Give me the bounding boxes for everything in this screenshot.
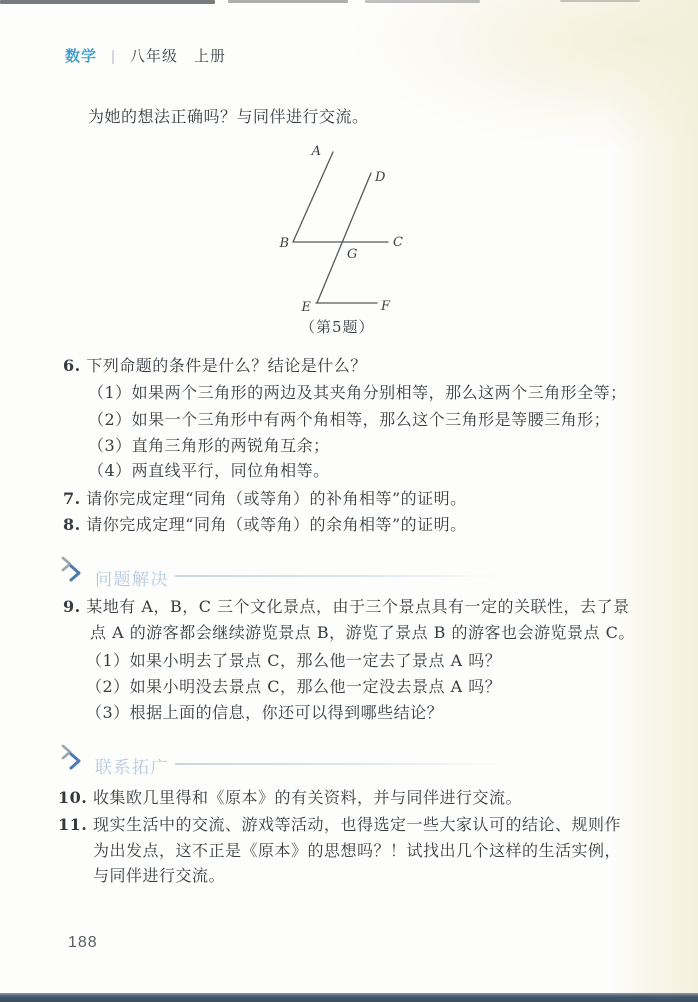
- question-number: 7.: [63, 489, 81, 508]
- vertex-label-E: E: [301, 300, 312, 315]
- question-11-line: 与同伴进行交流。: [93, 865, 225, 886]
- running-head: 数学|八年级上册: [65, 45, 226, 66]
- question-number: 11.: [58, 815, 87, 834]
- double-chevron-icon: [60, 744, 90, 772]
- section-title-connections: 联系拓广: [95, 753, 169, 778]
- scan-artifact-top: [365, 0, 480, 3]
- vertex-label-F: F: [380, 299, 391, 314]
- textbook-page: 数学|八年级上册 为她的想法正确吗？与同伴进行交流。 A D B C G E F…: [0, 0, 698, 1002]
- book-grade: 八年级: [130, 48, 178, 65]
- scan-artifact-top: [560, 0, 640, 2]
- question-number: 6.: [63, 356, 81, 375]
- intro-line: 为她的想法正确吗？与同伴进行交流。: [88, 106, 369, 127]
- question-text: 请你完成定理“同角（或等角）的补角相等”的证明。: [86, 489, 466, 508]
- vertex-label-C: C: [393, 235, 403, 250]
- book-edge-bottom: [0, 993, 698, 1002]
- question-9-line: 点 A 的游客都会继续游览景点 B，游览了景点 B 的游客也会游览景点 C。: [90, 622, 635, 643]
- question-9-item: （3）根据上面的信息，你还可以得到哪些结论？: [86, 702, 443, 723]
- section-divider: [175, 763, 505, 765]
- question-9-item: （1）如果小明去了景点 C，那么他一定去了景点 A 吗？: [86, 650, 501, 671]
- question-9-item: （2）如果小明没去景点 C，那么他一定没去景点 A 吗？: [86, 676, 501, 697]
- section-divider: [175, 575, 505, 577]
- book-subject: 数学: [65, 48, 97, 65]
- question-text: 请你完成定理“同角（或等角）的余角相等”的证明。: [86, 515, 466, 534]
- head-separator: |: [111, 48, 116, 65]
- question-9: 9. 某地有 A，B，C 三个文化景点，由于三个景点具有一定的关联性，去了景: [63, 596, 630, 617]
- question-11: 11. 现实生活中的交流、游戏等活动，也得选定一些大家认可的结论、规则作: [58, 814, 621, 835]
- question-text: 现实生活中的交流、游戏等活动，也得选定一些大家认可的结论、规则作: [93, 815, 621, 834]
- question-number: 10.: [58, 788, 87, 807]
- double-chevron-icon: [60, 556, 90, 584]
- geometry-figure: A D B C G E F: [268, 140, 428, 340]
- book-volume: 上册: [194, 48, 226, 65]
- vertex-label-A: A: [311, 144, 321, 159]
- question-6-item: （1）如果两个三角形的两边及其夹角分别相等，那么这两个三角形全等；: [88, 382, 627, 403]
- figure-caption: （第5题）: [300, 316, 375, 337]
- question-6: 6. 下列命题的条件是什么？结论是什么？: [63, 355, 367, 376]
- question-10: 10. 收集欧几里得和《原本》的有关资料，并与同伴进行交流。: [58, 787, 522, 808]
- section-title-problem-solving: 问题解决: [95, 565, 169, 590]
- line-DE: [317, 173, 371, 303]
- question-number: 8.: [63, 515, 81, 534]
- question-text: 收集欧几里得和《原本》的有关资料，并与同伴进行交流。: [93, 788, 522, 807]
- scan-artifact-top: [228, 0, 348, 3]
- scan-artifact-top: [0, 0, 215, 4]
- page-number: 188: [68, 934, 98, 952]
- question-11-line: 为出发点，这不正是《原本》的思想吗？！试找出几个这样的生活实例，: [93, 840, 621, 861]
- question-6-item: （3）直角三角形的两锐角互余；: [88, 435, 330, 456]
- question-8: 8. 请你完成定理“同角（或等角）的余角相等”的证明。: [63, 514, 467, 535]
- vertex-label-B: B: [278, 236, 289, 251]
- line-BA: [293, 152, 333, 242]
- question-7: 7. 请你完成定理“同角（或等角）的补角相等”的证明。: [63, 488, 467, 509]
- question-text: 下列命题的条件是什么？结论是什么？: [86, 356, 367, 375]
- vertex-label-D: D: [374, 170, 386, 185]
- question-6-item: （4）两直线平行，同位角相等。: [88, 460, 330, 481]
- vertex-label-G: G: [347, 247, 357, 262]
- question-number: 9.: [63, 597, 81, 616]
- question-6-item: （2）如果一个三角形中有两个角相等，那么这个三角形是等腰三角形；: [88, 409, 610, 430]
- question-text: 某地有 A，B，C 三个文化景点，由于三个景点具有一定的关联性，去了景: [86, 597, 629, 616]
